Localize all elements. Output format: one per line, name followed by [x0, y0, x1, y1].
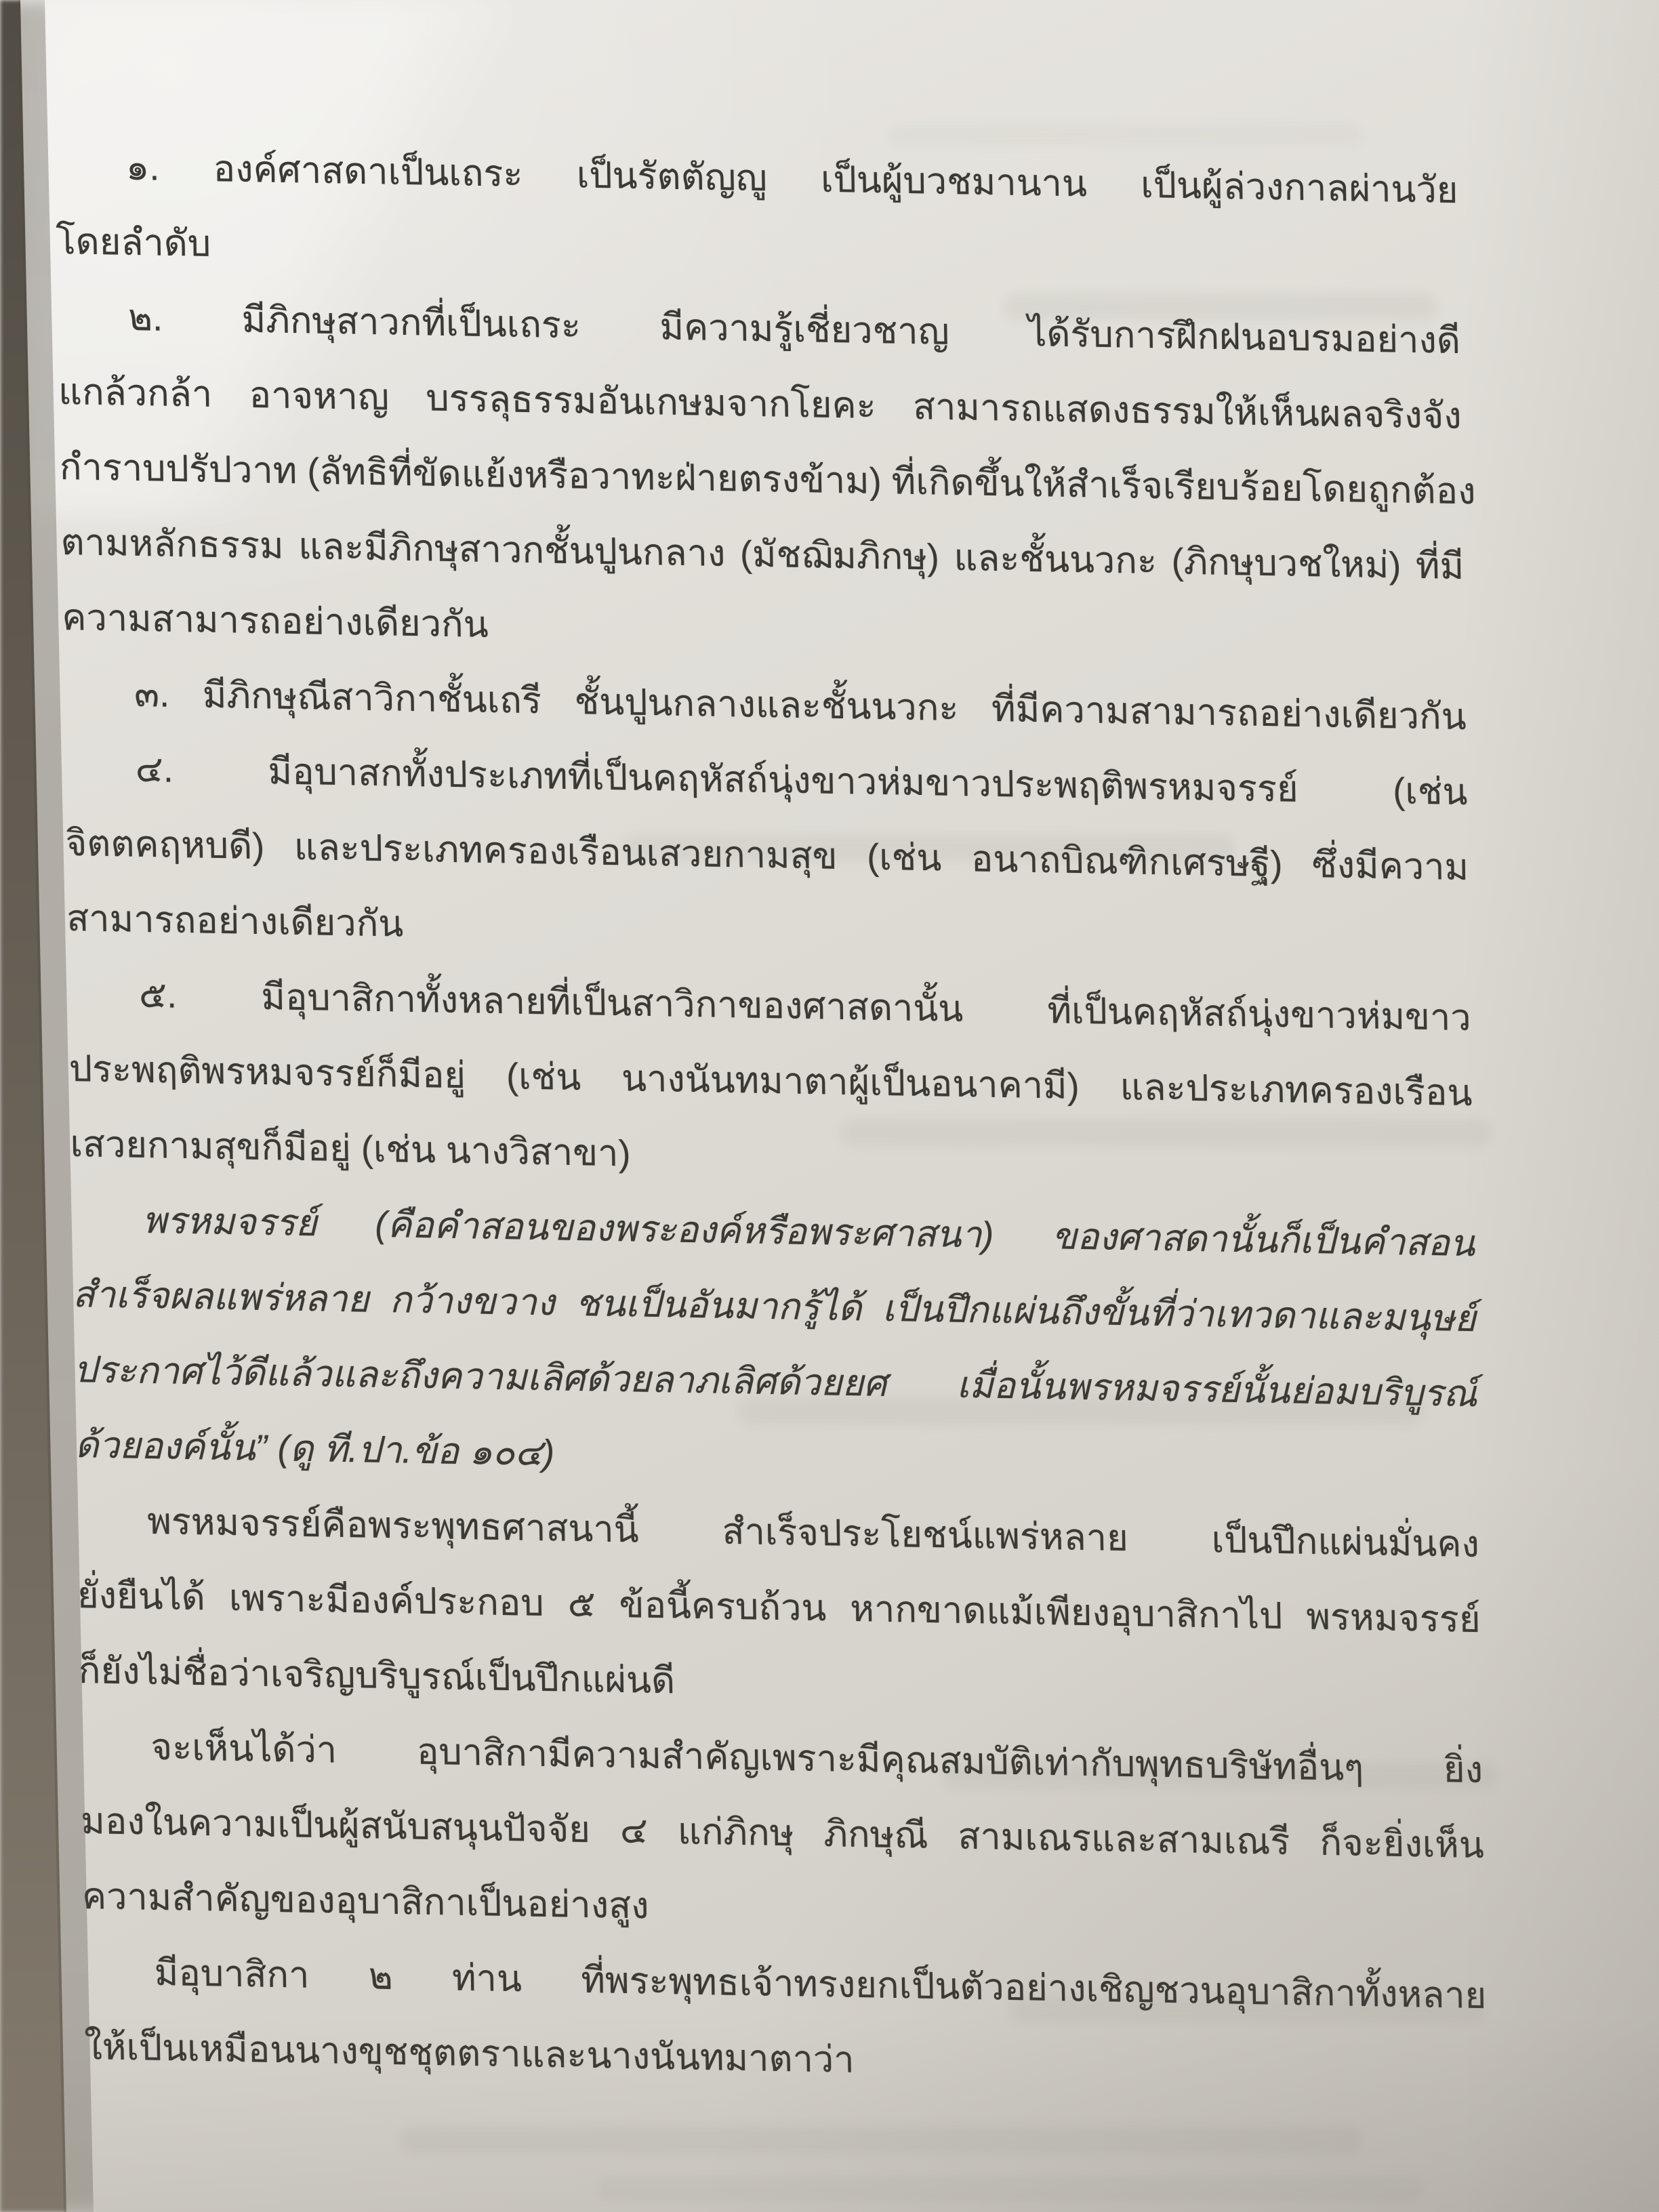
photo-of-book-page: ๑. องค์ศาสดาเป็นเถระ เป็นรัตตัญญู เป็นผู…	[0, 0, 1659, 2212]
book-page-paper: ๑. องค์ศาสดาเป็นเถระ เป็นรัตตัญญู เป็นผู…	[0, 0, 1659, 2212]
page-text-block: ๑. องค์ศาสดาเป็นเถระ เป็นรัตตัญญู เป็นผู…	[54, 129, 1488, 2109]
reverse-side-showthrough	[400, 2127, 1362, 2154]
reverse-side-showthrough	[888, 123, 1362, 146]
reverse-side-showthrough	[596, 2177, 1423, 2201]
